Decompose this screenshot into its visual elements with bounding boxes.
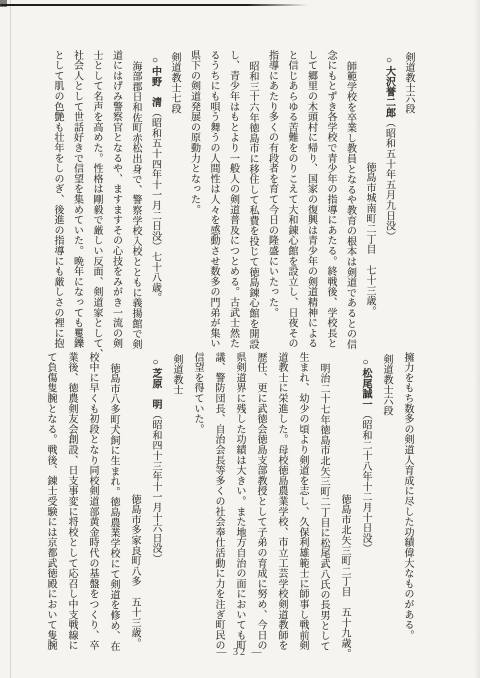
body-text-column: 校中に早くも初段となり同校剣道部黄金時代の基盤をつくり、卒 [82, 352, 103, 652]
entry-marker: ○ [150, 357, 161, 368]
body-text-column: 指導にあたり多くの有段者を育て今日の隆盛にいたった。 [262, 50, 282, 348]
entry-marker: ○ [150, 55, 161, 66]
upper-text-block: 剣道教士六段 ○大沢誉二郎（昭和五十年五月九日没） 徳島市城南町二丁目 七十三歳… [48, 50, 419, 348]
entry-death-date: （昭和五十四年十一月二日没）七十八歳。 [150, 108, 161, 304]
body-text-column: るうちにも唄う舞うの人間性は人々を感動させ数多の門弟が集い [204, 50, 224, 348]
body-text-column: として肌の色艶も壮年をしのぎ、後進の指導にも厳しさの裡に抱 [48, 50, 68, 348]
body-text-column: 歴任、更に武徳会徳島支部教授として子弟の育成に努め、今日の [250, 352, 271, 652]
section-heading-kendo-kyoshi-6dan: 剣道教士六段 [399, 50, 419, 348]
body-text-column: と信じあらゆる苦難をのりこえて大和錬心館を設立し、日夜その [282, 50, 302, 348]
entry-address-line: 徳島市多家良町八多 五十三歳。 [124, 352, 145, 652]
entry-person-name: 中野 清 [150, 66, 161, 107]
page-number: — 32 — [0, 647, 480, 658]
body-text-column: 社会人として世話好きで信望を集めていた。晩年になっても矍鑠 [67, 50, 87, 348]
body-text-column: し、青少年はもとより一般人の剣道普及につとめる。古武士然た [223, 50, 243, 348]
entry-death-date: （昭和二十八年十二月十日没） [360, 410, 371, 554]
body-text-column: 士として名声を高めた。性格は剛毅で厳しい反面、剣道家として、 [87, 50, 107, 348]
scan-edge-line [0, 4, 308, 6]
body-text-column: 信望を得ていた。 [187, 352, 208, 652]
section-heading-kendo-kyoshi-6dan-2: 剣道教士六段 [376, 352, 397, 652]
section-heading-kendo-kyoshi: 剣道教士 [166, 352, 187, 652]
body-text-column: 念にもとずき各学校で青少年の指導にあたる。終戦後、学校長と [321, 50, 341, 348]
body-text-column: 県下の剣道発展の原動力となった。 [184, 50, 204, 348]
scanned-book-page: 剣道教士六段 ○大沢誉二郎（昭和五十年五月九日没） 徳島市城南町二丁目 七十三歳… [0, 0, 480, 678]
entry-name-line-shibahara: ○芝原 明（昭和四十三年十一月十六日没） [145, 352, 166, 652]
body-text-column: 昭和三十六年徳島市に移住して私費を投じて徳島錬心館を開設 [243, 50, 263, 348]
entry-address-line: 徳島市北矢三町二丁目 五十九歳。 [334, 352, 355, 652]
scan-right-shadow [474, 0, 480, 678]
entry-marker: ○ [384, 55, 395, 66]
entry-marker: ○ [360, 357, 371, 368]
scan-gutter-line [10, 0, 11, 678]
entry-address-line: 徳島市城南町二丁目 七十三歳。 [360, 50, 380, 348]
entry-person-name: 芝原 明 [150, 368, 161, 409]
body-text-column: 議、警防団長、自治会長等多くの社会奉仕活動に力を注ぎ町民の [208, 352, 229, 652]
entry-name-line-osawa: ○大沢誉二郎（昭和五十年五月九日没） [379, 50, 399, 348]
body-text-column: 徳島市八多町犬飼に生まれ。徳島農業学校にて剣道を修め、在 [103, 352, 124, 652]
body-text-column: 生まれ、幼少の頃より剣道を志し、久保利雄範士に師事し戦前剣 [292, 352, 313, 652]
entry-death-date: （昭和五十年五月九日没） [384, 118, 395, 242]
body-text-column: 道教士に栄進した。母校徳島農業学校、市立工芸学校剣道教師を [271, 352, 292, 652]
entry-person-name: 大沢誉二郎 [384, 66, 395, 118]
body-text-column: 業後、徳農剣友会創設、日支事変に将校として応召し中支戦線に [61, 352, 82, 652]
entry-name-line-nakano: ○中野 清（昭和五十四年十一月二日没）七十八歳。 [145, 50, 165, 348]
body-text-column: 海部郡日和佐町赤松出身で、警察学校入校とともに義揚館で剣 [126, 50, 146, 348]
section-heading-kendo-kyoshi-7dan: 剣道教士七段 [165, 50, 185, 348]
entry-death-date: （昭和四十三年十一月十六日没） [150, 410, 161, 565]
body-text-column: 擁力をもち数多の剣道人育成に尽した功績偉大なものがある。 [397, 352, 418, 652]
body-text-column: して郷里の木頭村に帰り、国家の復興は青少年の剣道精神による [301, 50, 321, 348]
lower-text-block: 擁力をもち数多の剣道人育成に尽した功績偉大なものがある。 剣道教士六段 ○松尾誠… [40, 352, 418, 652]
entry-name-line-matsuo: ○松尾誠一（昭和二十八年十二月十日没） [355, 352, 376, 652]
body-text-column: て負傷隻腕となる。戦後、錬士受験には京都武徳殿において隻腕 [40, 352, 61, 652]
body-text-column: 明治二十七年徳島市北矢三町二丁目に松尾武八氏の長男として [313, 352, 334, 652]
body-text-column: 道にはげみ警察官となるや、ますますその心技をみがき一流の剣 [106, 50, 126, 348]
body-text-column: 県剣道界に残した功績は大きい。また地方自治の面においても町 [229, 352, 250, 652]
body-text-column: 師範学校を卒業し教員となるや教育の根本は剣道であるとの信 [340, 50, 360, 348]
entry-person-name: 松尾誠一 [360, 368, 371, 409]
